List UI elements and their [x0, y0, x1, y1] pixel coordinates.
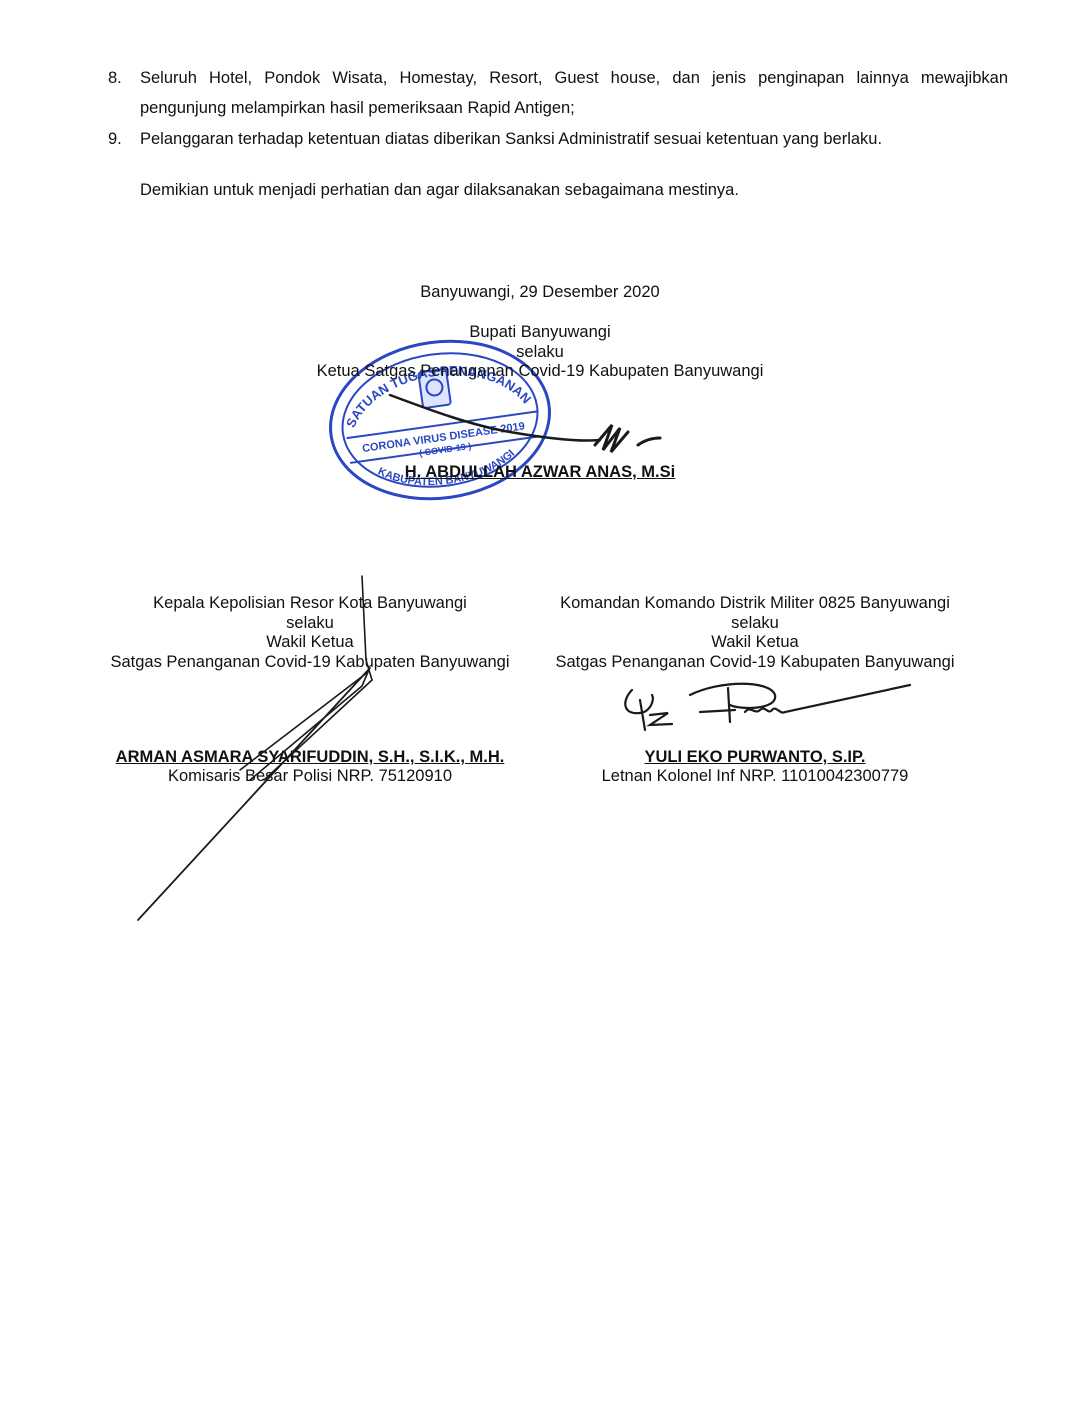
title-line: Wakil Ketua — [90, 633, 530, 653]
right-signatory-name: YULI EKO PURWANTO, S.IP. — [535, 748, 975, 768]
left-signatory-name: ARMAN ASMARA SYARIFUDDIN, S.H., S.I.K., … — [90, 748, 530, 768]
title-line: Satgas Penanganan Covid-19 Kabupaten Ban… — [90, 653, 530, 673]
title-line: selaku — [90, 614, 530, 634]
official-stamp-icon: SATUAN TUGAS PENANGANAN KABUPATEN BANYUW… — [0, 0, 1080, 1415]
title-line: selaku — [535, 614, 975, 634]
left-signatory-rank: Komisaris Besar Polisi NRP. 75120910 — [90, 767, 530, 787]
list-item-text: Pelanggaran terhadap ketentuan diatas di… — [140, 124, 1008, 154]
title-line: Bupati Banyuwangi — [290, 323, 790, 343]
right-signatory-rank: Letnan Kolonel Inf NRP. 11010042300779 — [535, 767, 975, 787]
title-line: Kepala Kepolisian Resor Kota Banyuwangi — [90, 594, 530, 614]
left-signatory-title: Kepala Kepolisian Resor Kota Banyuwangi … — [90, 594, 530, 672]
right-signatory-title: Komandan Komando Distrik Militer 0825 Ba… — [535, 594, 975, 672]
main-signatory-name: H. ABDULLAH AZWAR ANAS, M.Si — [290, 463, 790, 483]
signatures-layer — [0, 0, 1080, 1415]
svg-text:( COVID-19 ): ( COVID-19 ) — [418, 441, 471, 458]
list-item-text: Seluruh Hotel, Pondok Wisata, Homestay, … — [140, 63, 1008, 123]
title-line: Wakil Ketua — [535, 633, 975, 653]
list-item-number: 9. — [108, 124, 122, 154]
closing-statement: Demikian untuk menjadi perhatian dan aga… — [140, 175, 739, 205]
title-line: Komandan Komando Distrik Militer 0825 Ba… — [535, 594, 975, 614]
title-line: Satgas Penanganan Covid-19 Kabupaten Ban… — [535, 653, 975, 673]
right-signature-icon — [625, 684, 910, 730]
main-signature-icon — [390, 395, 660, 452]
main-signatory-title: Bupati Banyuwangi selaku Ketua Satgas Pe… — [290, 323, 790, 382]
document-page: 8. Seluruh Hotel, Pondok Wisata, Homesta… — [0, 0, 1080, 1415]
place-date: Banyuwangi, 29 Desember 2020 — [290, 283, 790, 303]
svg-text:CORONA VIRUS DISEASE 2019: CORONA VIRUS DISEASE 2019 — [361, 420, 525, 455]
title-line: selaku — [290, 343, 790, 363]
list-item-number: 8. — [108, 63, 122, 93]
title-line: Ketua Satgas Penanganan Covid-19 Kabupat… — [290, 362, 790, 382]
